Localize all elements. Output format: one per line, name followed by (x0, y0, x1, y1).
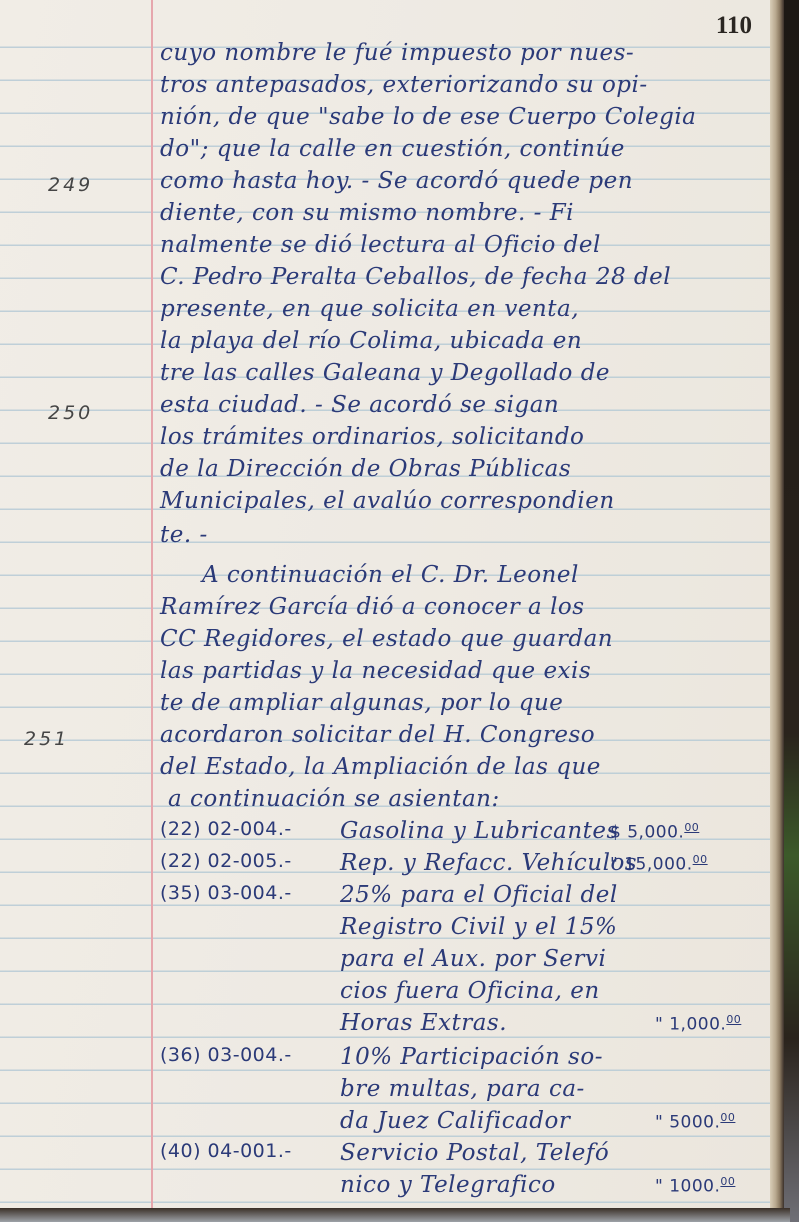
amount-cents: 00 (720, 1175, 735, 1188)
currency-mark: " (655, 1113, 663, 1133)
ledger-description: bre multas, para ca- (340, 1076, 585, 1102)
ledger-account-code: (22) 02-005.- (160, 850, 292, 872)
handwritten-line: Municipales, el avalúo correspondien (160, 488, 615, 514)
ledger-description: 10% Participación so- (340, 1044, 603, 1070)
margin-entry-number: 251 (24, 728, 69, 750)
amount-value: 5,000 (627, 823, 678, 843)
ledger-amount: " 5000.00 (655, 1111, 735, 1133)
handwritten-line: la playa del río Colima, ubicada en (160, 328, 582, 354)
handwritten-line: nalmente se dió lectura al Oficio del (160, 232, 601, 258)
handwritten-line: presente, en que solicita en venta, (160, 296, 579, 322)
handwritten-line: acordaron solicitar del H. Congreso (160, 722, 595, 748)
ledger-amount: $ 5,000.00 (610, 821, 699, 843)
ledger-account-code: (22) 02-004.- (160, 818, 292, 840)
page-number: 110 (716, 12, 752, 40)
handwritten-line: los trámites ordinarios, solicitando (160, 424, 584, 450)
ledger-account-code: (40) 04-001.- (160, 1140, 292, 1162)
handwritten-line: tre las calles Galeana y Degollado de (160, 360, 610, 386)
margin-entry-number: 250 (48, 402, 93, 424)
handwritten-line: diente, con su mismo nombre. - Fi (160, 200, 574, 226)
handwritten-line: como hasta hoy. - Se acordó quede pen (160, 168, 633, 194)
amount-value: 5000 (669, 1113, 714, 1133)
ledger-description: Horas Extras. (340, 1010, 507, 1036)
book-bottom-edge (0, 1208, 790, 1222)
ledger-page: 110 249250251 cuyo nombre le fué impuest… (0, 0, 770, 1208)
handwritten-line: a continuación se asientan: (168, 786, 500, 812)
ledger-description: da Juez Calificador (340, 1108, 570, 1134)
ledger-amount: " 15,000.00 (610, 853, 708, 875)
handwritten-line: C. Pedro Peralta Ceballos, de fecha 28 d… (160, 264, 671, 290)
ledger-description: nico y Telegrafico (340, 1172, 556, 1198)
amount-value: 1000 (669, 1177, 714, 1197)
currency-mark: " (610, 855, 618, 875)
amount-value: 15,000 (624, 855, 686, 875)
handwritten-line: nión, de que "sabe lo de ese Cuerpo Cole… (160, 104, 696, 130)
ledger-description: cios fuera Oficina, en (340, 978, 600, 1004)
ledger-description: Gasolina y Lubricantes (340, 818, 619, 844)
currency-mark: " (655, 1015, 663, 1035)
amount-cents: 00 (720, 1111, 735, 1124)
handwritten-line: do"; que la calle en cuestión, continúe (160, 136, 625, 162)
margin-entry-number: 249 (48, 174, 93, 196)
ledger-description: Rep. y Refacc. Vehículos (340, 850, 637, 876)
handwritten-line: te de ampliar algunas, por lo que (160, 690, 563, 716)
ledger-description: para el Aux. por Servi (340, 946, 606, 972)
ledger-amount: " 1000.00 (655, 1175, 735, 1197)
ledger-account-code: (35) 03-004.- (160, 882, 292, 904)
book-cover (784, 0, 799, 1222)
ledger-description: 25% para el Oficial del (340, 882, 618, 908)
handwritten-line: cuyo nombre le fué impuesto por nues- (160, 40, 634, 66)
ledger-description: Registro Civil y el 15% (340, 914, 617, 940)
currency-mark: " (655, 1177, 663, 1197)
handwritten-line: A continuación el C. Dr. Leonel (202, 562, 579, 588)
handwritten-line: Ramírez García dió a conocer a los (160, 594, 585, 620)
handwritten-line: CC Regidores, el estado que guardan (160, 626, 613, 652)
margin-rule (151, 0, 153, 1208)
ledger-amount: " 1,000.00 (655, 1013, 741, 1035)
currency-mark: $ (610, 823, 621, 843)
handwritten-line: esta ciudad. - Se acordó se sigan (160, 392, 559, 418)
page-stack-edge (770, 0, 784, 1212)
handwritten-line: te. - (160, 522, 208, 548)
handwritten-line: tros antepasados, exteriorizando su opi- (160, 72, 648, 98)
ledger-description: Servicio Postal, Telefó (340, 1140, 609, 1166)
amount-value: 1,000 (669, 1015, 720, 1035)
amount-cents: 00 (693, 853, 708, 866)
handwritten-line: del Estado, la Ampliación de las que (160, 754, 601, 780)
handwritten-line: de la Dirección de Obras Públicas (160, 456, 571, 482)
ledger-account-code: (36) 03-004.- (160, 1044, 292, 1066)
handwritten-line: las partidas y la necesidad que exis (160, 658, 591, 684)
amount-cents: 00 (726, 1013, 741, 1026)
amount-cents: 00 (684, 821, 699, 834)
